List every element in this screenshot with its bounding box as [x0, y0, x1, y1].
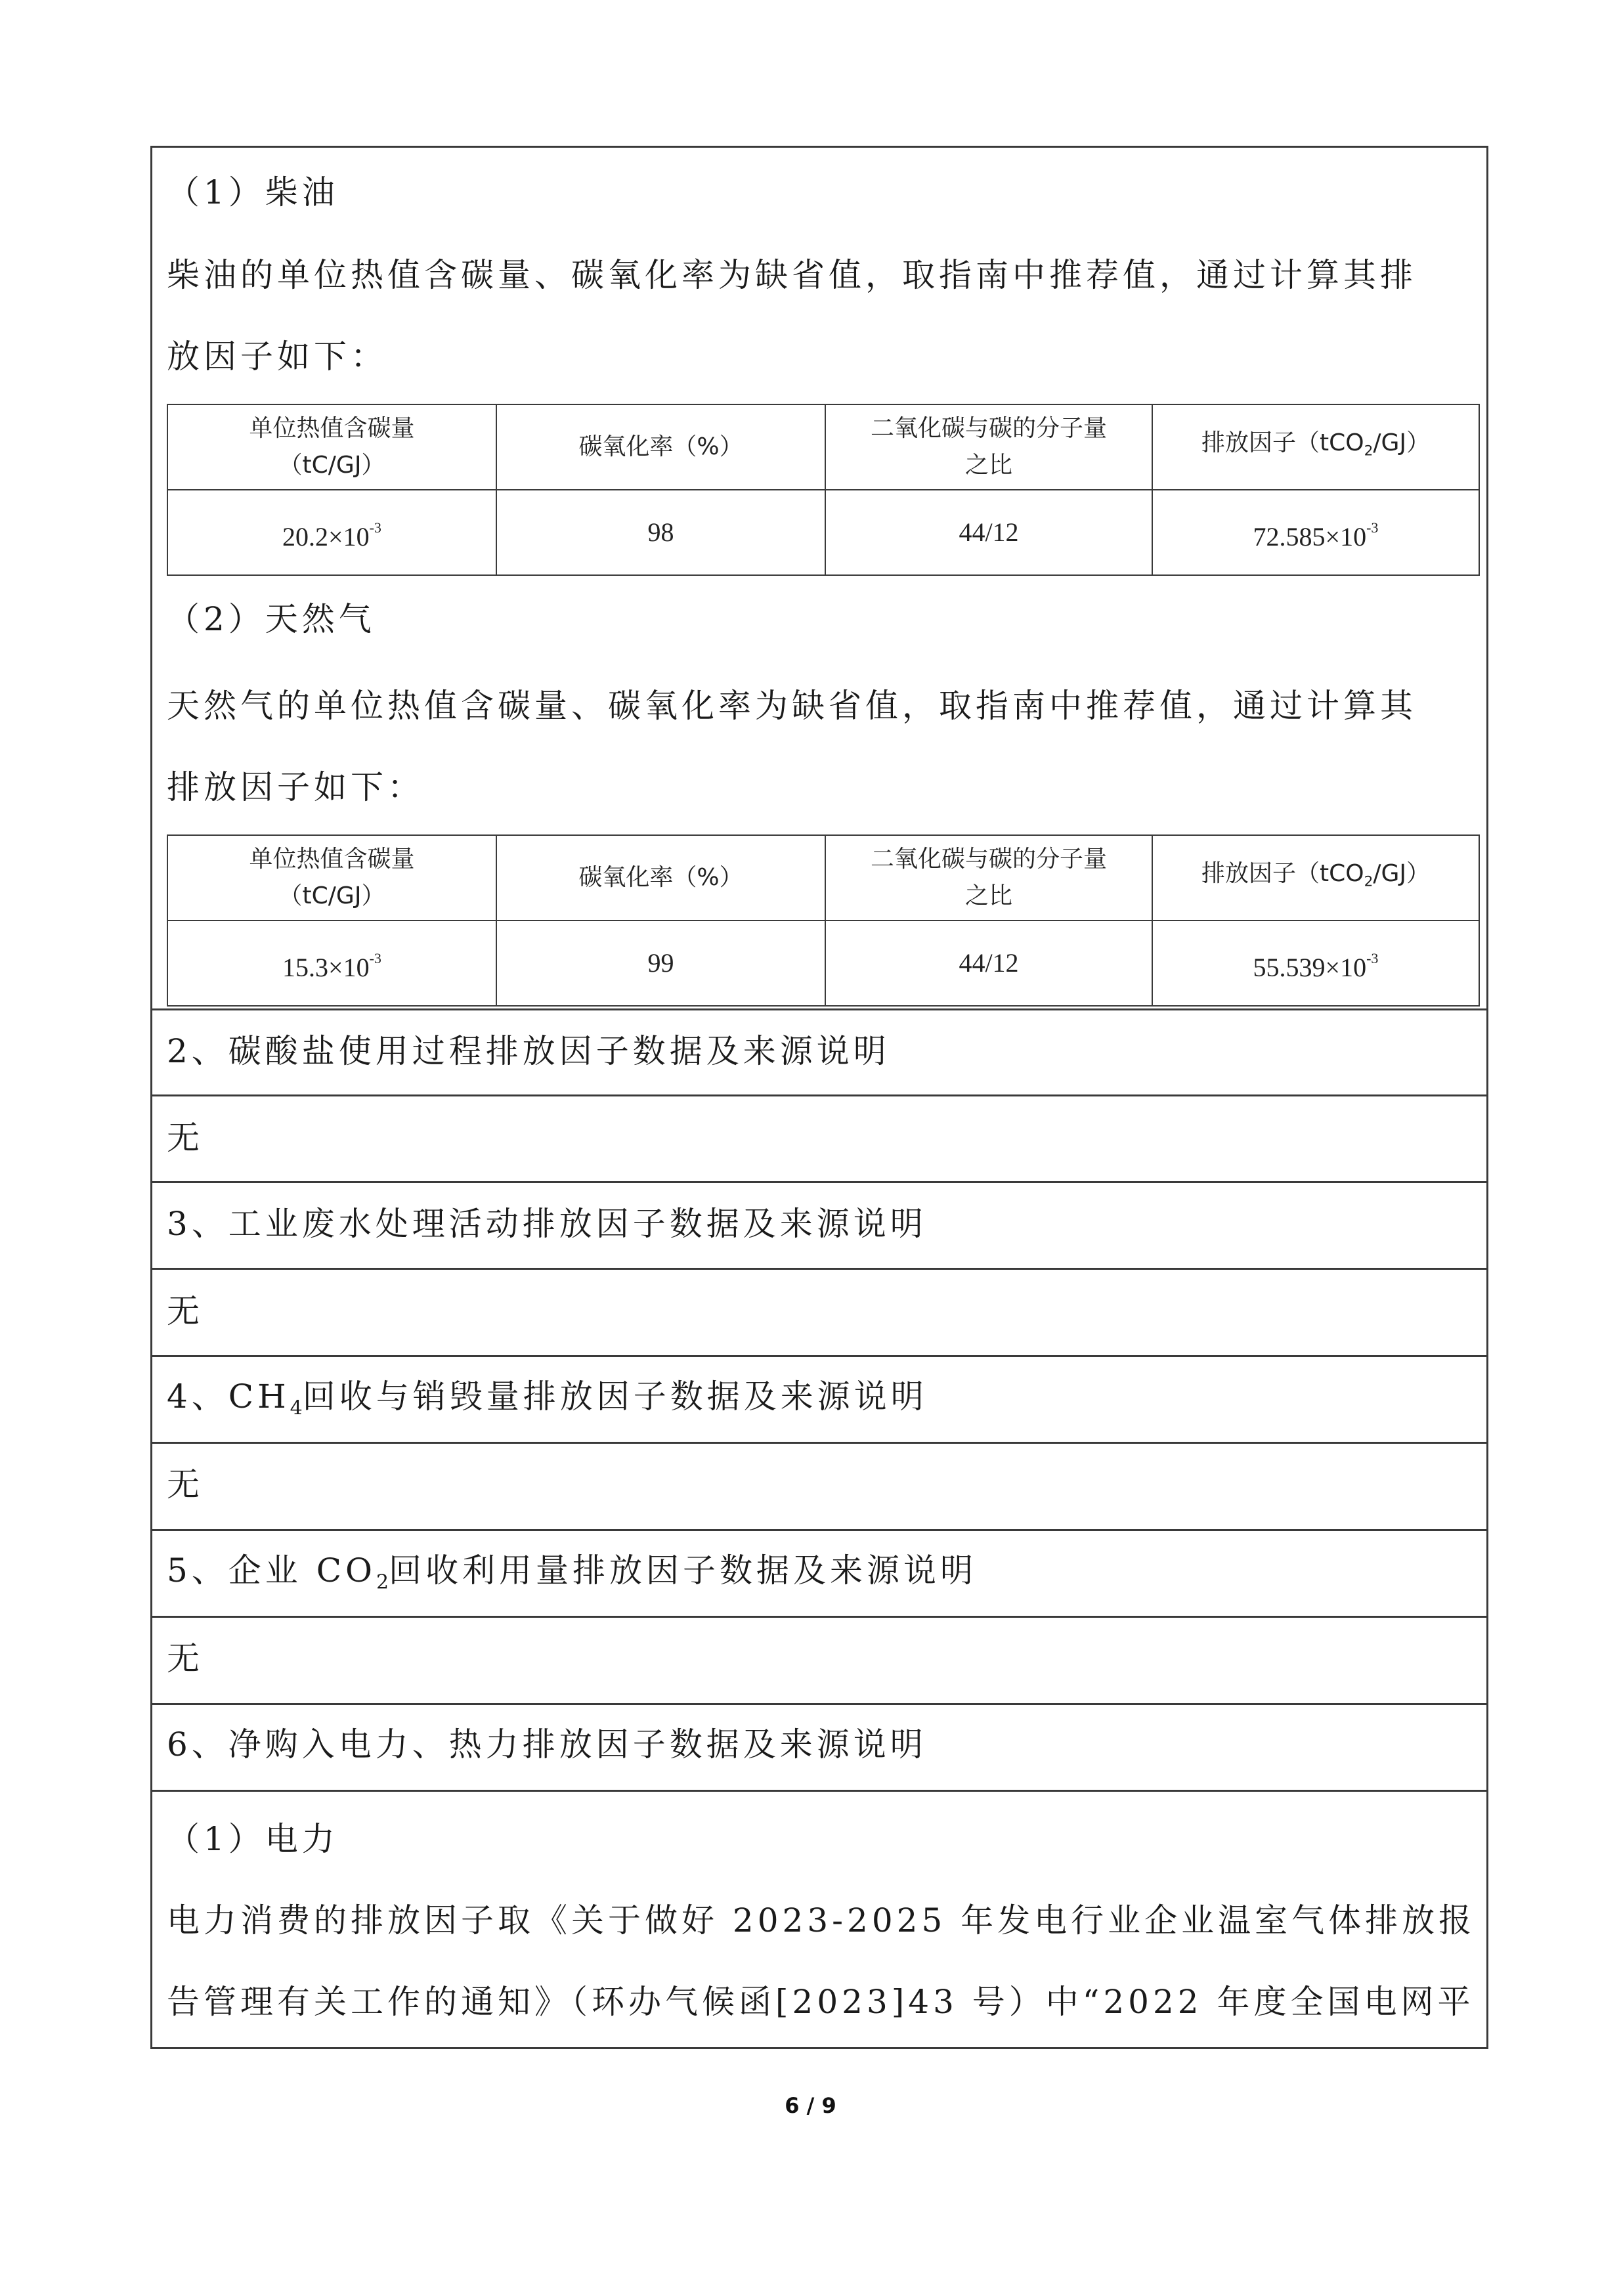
electricity-line1: 电力消费的排放因子取《关于做好 2023-2025 年发电行业企业温室气体排放报: [167, 1901, 1475, 1940]
row-divider: [152, 1790, 1486, 1792]
table-header-row: 单位热值含碳量（tC/GJ） 碳氧化率（%） 二氧化碳与碳的分子量之比 排放因子…: [167, 404, 1479, 490]
row-divider: [152, 1529, 1486, 1531]
cell-oxidation-rate: 99: [496, 921, 825, 1006]
row-divider: [152, 1355, 1486, 1357]
row-divider: [152, 1181, 1486, 1183]
cell-carbon-content: 15.3×10-3: [167, 921, 496, 1006]
header-oxidation-rate: 碳氧化率（%）: [496, 835, 825, 921]
section-5-heading: 5、企业 CO2回收利用量排放因子数据及来源说明: [167, 1551, 977, 1603]
section-2-heading: 2、碳酸盐使用过程排放因子数据及来源说明: [167, 1031, 890, 1071]
electricity-line2: 告管理有关工作的通知》（环办气候函[2023]43 号）中“2022 年度全国电…: [167, 1982, 1474, 2022]
section-3-heading: 3、工业废水处理活动排放因子数据及来源说明: [167, 1204, 927, 1244]
header-carbon-content: 单位热值含碳量（tC/GJ）: [167, 404, 496, 490]
diesel-title: （1）柴油: [167, 173, 339, 212]
row-divider: [152, 1094, 1486, 1096]
natural-gas-title: （2）天然气: [167, 599, 376, 639]
diesel-description-line1: 柴油的单位热值含碳量、碳氧化率为缺省值，取指南中推荐值，通过计算其排: [167, 255, 1417, 295]
cell-emission-factor: 72.585×10-3: [1152, 490, 1479, 575]
natural-gas-emission-table: 单位热值含碳量（tC/GJ） 碳氧化率（%） 二氧化碳与碳的分子量之比 排放因子…: [167, 834, 1480, 1007]
cell-molecular-ratio: 44/12: [825, 921, 1152, 1006]
header-emission-factor: 排放因子（tCO2/GJ）: [1152, 404, 1479, 490]
natural-gas-description-line2: 排放因子如下：: [167, 768, 424, 807]
document-frame: （1）柴油 柴油的单位热值含碳量、碳氧化率为缺省值，取指南中推荐值，通过计算其排…: [150, 146, 1488, 2049]
section-4-content: 无: [167, 1465, 204, 1504]
row-divider: [152, 1268, 1486, 1270]
section-6-heading: 6、净购入电力、热力排放因子数据及来源说明: [167, 1725, 927, 1764]
cell-emission-factor: 55.539×10-3: [1152, 921, 1479, 1006]
row-divider: [152, 1616, 1486, 1618]
table-header-row: 单位热值含碳量（tC/GJ） 碳氧化率（%） 二氧化碳与碳的分子量之比 排放因子…: [167, 835, 1479, 921]
row-divider: [152, 1008, 1486, 1010]
cell-oxidation-rate: 98: [496, 490, 825, 575]
section-3-content: 无: [167, 1291, 204, 1331]
cell-molecular-ratio: 44/12: [825, 490, 1152, 575]
fuel-emission-factors-block: （1）柴油 柴油的单位热值含碳量、碳氧化率为缺省值，取指南中推荐值，通过计算其排…: [152, 148, 1486, 1010]
header-emission-factor: 排放因子（tCO2/GJ）: [1152, 835, 1479, 921]
section-4-heading: 4、CH4回收与销毁量排放因子数据及来源说明: [167, 1377, 928, 1429]
electricity-title: （1）电力: [167, 1819, 339, 1859]
row-divider: [152, 1442, 1486, 1444]
section-5-content: 无: [167, 1639, 204, 1678]
diesel-emission-table: 单位热值含碳量（tC/GJ） 碳氧化率（%） 二氧化碳与碳的分子量之比 排放因子…: [167, 404, 1480, 576]
row-divider: [152, 1703, 1486, 1705]
table-row: 15.3×10-3 99 44/12 55.539×10-3: [167, 921, 1479, 1006]
header-molecular-ratio: 二氧化碳与碳的分子量之比: [825, 404, 1152, 490]
natural-gas-description-line1: 天然气的单位热值含碳量、碳氧化率为缺省值，取指南中推荐值，通过计算其: [167, 686, 1417, 726]
table-row: 20.2×10-3 98 44/12 72.585×10-3: [167, 490, 1479, 575]
header-oxidation-rate: 碳氧化率（%）: [496, 404, 825, 490]
cell-carbon-content: 20.2×10-3: [167, 490, 496, 575]
header-molecular-ratio: 二氧化碳与碳的分子量之比: [825, 835, 1152, 921]
section-2-content: 无: [167, 1118, 204, 1158]
header-carbon-content: 单位热值含碳量（tC/GJ）: [167, 835, 496, 921]
page-number: 6 / 9: [0, 2093, 1621, 2118]
diesel-description-line2: 放因子如下：: [167, 337, 387, 376]
